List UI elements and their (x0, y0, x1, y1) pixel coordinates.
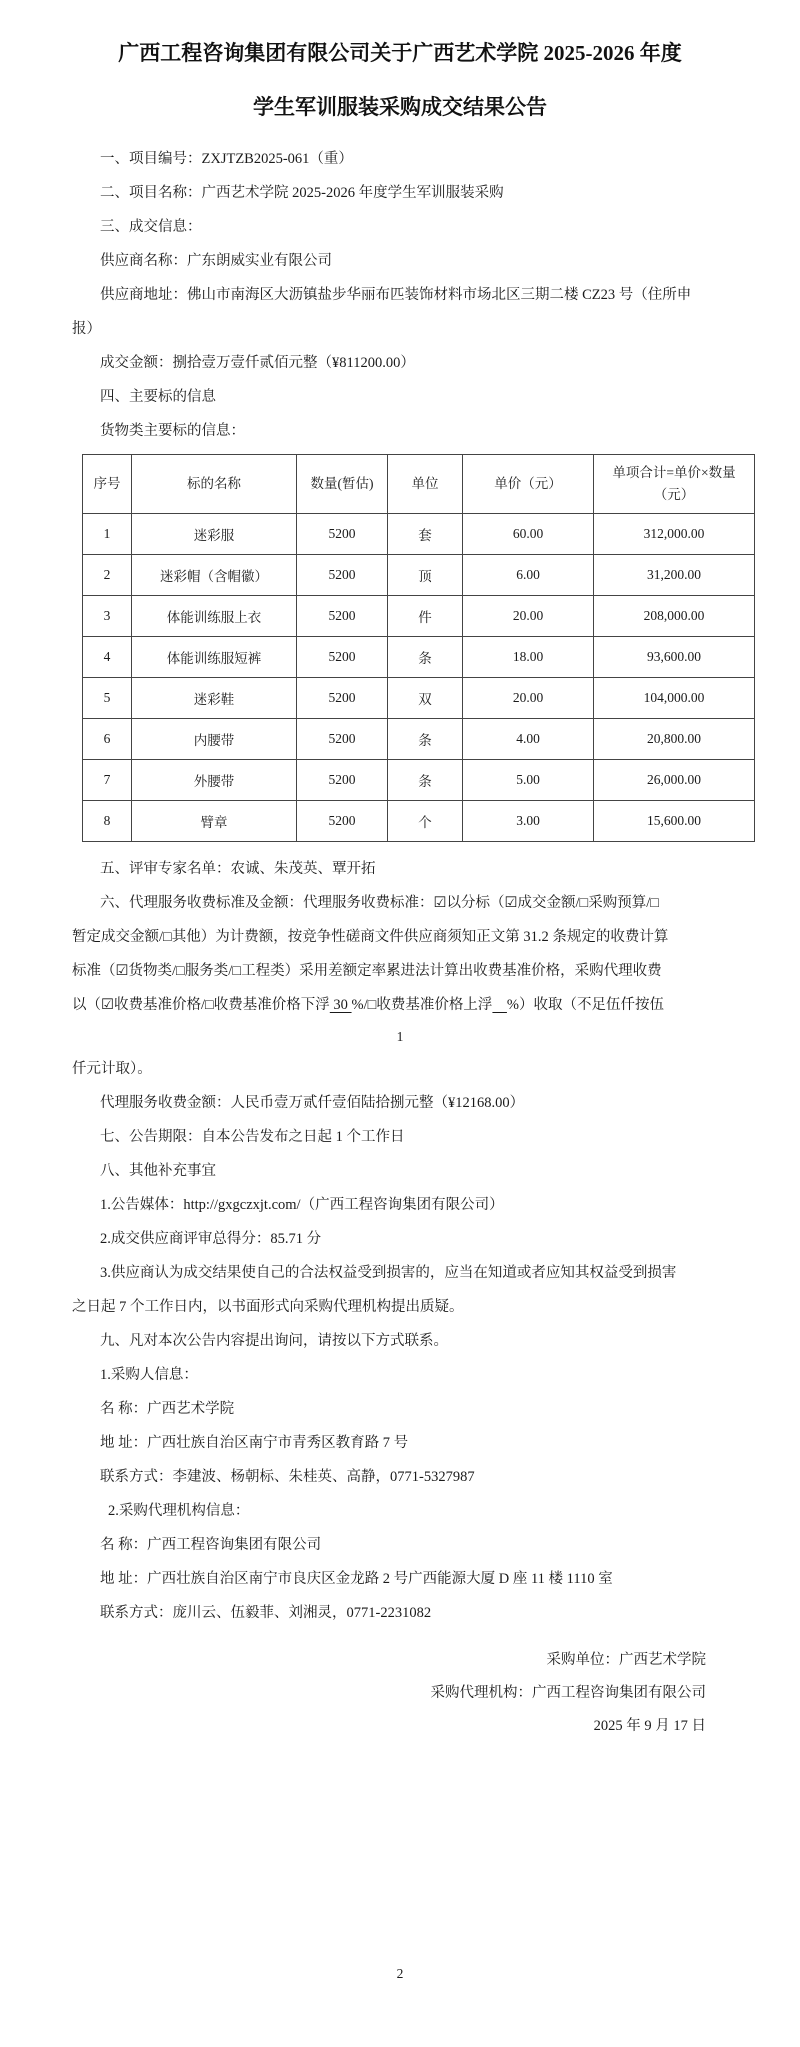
cell-no: 4 (83, 637, 132, 678)
footer-purchaser: 采购单位：广西艺术学院 (72, 1644, 706, 1677)
project-name: 二、项目名称：广西艺术学院 2025-2026 年度学生军训服装采购 (72, 176, 728, 210)
purchaser-address: 地 址：广西壮族自治区南宁市青秀区教育路 7 号 (72, 1426, 728, 1460)
cell-total: 312,000.00 (594, 514, 755, 555)
announcement-page: 广西工程咨询集团有限公司关于广西艺术学院 2025-2026 年度 学生军训服装… (0, 0, 800, 2047)
cell-total: 15,600.00 (594, 801, 755, 842)
header-price: 单价（元） (463, 455, 594, 514)
cell-no: 2 (83, 555, 132, 596)
cell-unit: 套 (388, 514, 463, 555)
fee-line-3: 标准（☑货物类/□服务类/□工程类）采用差额定率累进法计算出收费基准价格，采购代… (72, 954, 728, 988)
page-title: 广西工程咨询集团有限公司关于广西艺术学院 2025-2026 年度 学生军训服装… (72, 26, 728, 134)
title-line-1: 广西工程咨询集团有限公司关于广西艺术学院 2025-2026 年度 (72, 26, 728, 80)
cell-no: 5 (83, 678, 132, 719)
cell-no: 8 (83, 801, 132, 842)
cell-price: 6.00 (463, 555, 594, 596)
review-score: 2.成交供应商评审总得分：85.71 分 (72, 1222, 728, 1256)
contact-heading: 九、凡对本次公告内容提出询问，请按以下方式联系。 (72, 1324, 728, 1358)
cell-total: 26,000.00 (594, 760, 755, 801)
fee-line-2: 暂定成交金额/□其他）为计费额，按竞争性磋商文件供应商须知正文第 31.2 条规… (72, 920, 728, 954)
header-qty: 数量(暂估) (297, 455, 388, 514)
body-sections: 五、评审专家名单：农诚、朱茂英、覃开拓 六、代理服务收费标准及金额：代理服务收费… (72, 852, 728, 1630)
cell-total: 31,200.00 (594, 555, 755, 596)
cell-name: 体能训练服短裤 (132, 637, 297, 678)
table-row: 4 体能训练服短裤 5200 条 18.00 93,600.00 (83, 637, 755, 678)
purchaser-heading: 1.采购人信息： (72, 1358, 728, 1392)
project-number: 一、项目编号：ZXJTZB2025-061（重） (72, 142, 728, 176)
fee-line-4-text-c: %）收取（不足伍仟按伍 (507, 997, 664, 1013)
cell-qty: 5200 (297, 555, 388, 596)
cell-price: 5.00 (463, 760, 594, 801)
header-total: 单项合计=单价×数量 （元） (594, 455, 755, 514)
table-row: 3 体能训练服上衣 5200 件 20.00 208,000.00 (83, 596, 755, 637)
intro-section: 一、项目编号：ZXJTZB2025-061（重） 二、项目名称：广西艺术学院 2… (72, 142, 728, 448)
agency-name: 名 称：广西工程咨询集团有限公司 (72, 1528, 728, 1562)
cell-unit: 条 (388, 760, 463, 801)
cell-name: 迷彩服 (132, 514, 297, 555)
goods-table-header-row: 序号 标的名称 数量(暂估) 单位 单价（元） 单项合计=单价×数量 （元） (83, 455, 755, 514)
cell-name: 体能训练服上衣 (132, 596, 297, 637)
cell-unit: 双 (388, 678, 463, 719)
table-row: 1 迷彩服 5200 套 60.00 312,000.00 (83, 514, 755, 555)
cell-no: 7 (83, 760, 132, 801)
cell-unit: 件 (388, 596, 463, 637)
supplier-address-line2: 报） (72, 312, 728, 346)
cell-price: 3.00 (463, 801, 594, 842)
fee-line-4-text-b: %/□收费基准价格上浮 (352, 997, 493, 1013)
fee-line-4: 以（☑收费基准价格/□收费基准价格下浮 30 %/□收费基准价格上浮 %）收取（… (72, 988, 728, 1022)
agency-address: 地 址：广西壮族自治区南宁市良庆区金龙路 2 号广西能源大厦 D 座 11 楼 … (72, 1562, 728, 1596)
table-row: 7 外腰带 5200 条 5.00 26,000.00 (83, 760, 755, 801)
fee-discount-value: 30 (330, 997, 352, 1013)
cell-qty: 5200 (297, 637, 388, 678)
cell-unit: 条 (388, 637, 463, 678)
deal-amount: 成交金额：捌拾壹万壹仟贰佰元整（¥811200.00） (72, 346, 728, 380)
cell-unit: 条 (388, 719, 463, 760)
goods-table: 序号 标的名称 数量(暂估) 单位 单价（元） 单项合计=单价×数量 （元） 1… (82, 454, 755, 842)
cell-no: 1 (83, 514, 132, 555)
header-no: 序号 (83, 455, 132, 514)
cell-total: 104,000.00 (594, 678, 755, 719)
agency-contact: 联系方式：庞川云、伍毅菲、刘湘灵，0771-2231082 (72, 1596, 728, 1630)
cell-unit: 个 (388, 801, 463, 842)
header-total-line2: （元） (596, 484, 752, 506)
notice-period: 七、公告期限：自本公告发布之日起 1 个工作日 (72, 1120, 728, 1154)
cell-price: 18.00 (463, 637, 594, 678)
cell-no: 6 (83, 719, 132, 760)
purchaser-contact: 联系方式：李建波、杨朝标、朱桂英、高静，0771-5327987 (72, 1460, 728, 1494)
supplier-address-line1: 供应商地址：佛山市南海区大沥镇盐步华丽布匹装饰材料市场北区三期二楼 CZ23 号… (72, 278, 728, 312)
fee-amount: 代理服务收费金额：人民币壹万贰仟壹佰陆拾捌元整（¥12168.00） (72, 1086, 728, 1120)
cell-price: 20.00 (463, 678, 594, 719)
cell-no: 3 (83, 596, 132, 637)
cell-price: 4.00 (463, 719, 594, 760)
page-number-1: 1 (72, 1022, 728, 1052)
cell-total: 208,000.00 (594, 596, 755, 637)
cell-qty: 5200 (297, 760, 388, 801)
cell-qty: 5200 (297, 719, 388, 760)
footer-date: 2025 年 9 月 17 日 (72, 1710, 706, 1743)
fee-line-5: 仟元计取）。 (72, 1052, 728, 1086)
cell-name: 迷彩帽（含帽徽） (132, 555, 297, 596)
footer-agency: 采购代理机构：广西工程咨询集团有限公司 (72, 1677, 706, 1710)
main-subject-heading: 四、主要标的信息 (72, 380, 728, 414)
cell-name: 内腰带 (132, 719, 297, 760)
cell-qty: 5200 (297, 801, 388, 842)
table-row: 8 臂章 5200 个 3.00 15,600.00 (83, 801, 755, 842)
cell-unit: 顶 (388, 555, 463, 596)
cell-qty: 5200 (297, 678, 388, 719)
cell-total: 93,600.00 (594, 637, 755, 678)
header-total-line1: 单项合计=单价×数量 (596, 462, 752, 484)
page-number-2: 2 (0, 1966, 800, 1982)
cell-qty: 5200 (297, 514, 388, 555)
table-row: 6 内腰带 5200 条 4.00 20,800.00 (83, 719, 755, 760)
table-row: 2 迷彩帽（含帽徽） 5200 顶 6.00 31,200.00 (83, 555, 755, 596)
header-unit: 单位 (388, 455, 463, 514)
cell-qty: 5200 (297, 596, 388, 637)
header-name: 标的名称 (132, 455, 297, 514)
announcement-media: 1.公告媒体：http://gxgczxjt.com/（广西工程咨询集团有限公司… (72, 1188, 728, 1222)
cell-name: 迷彩鞋 (132, 678, 297, 719)
supplier-name: 供应商名称：广东朗威实业有限公司 (72, 244, 728, 278)
deal-info-heading: 三、成交信息： (72, 210, 728, 244)
dispute-line-2: 之日起 7 个工作日内，以书面形式向采购代理机构提出质疑。 (72, 1290, 728, 1324)
goods-heading: 货物类主要标的信息： (72, 414, 728, 448)
table-row: 5 迷彩鞋 5200 双 20.00 104,000.00 (83, 678, 755, 719)
purchaser-name: 名 称：广西艺术学院 (72, 1392, 728, 1426)
title-line-2: 学生军训服装采购成交结果公告 (72, 80, 728, 134)
experts-list: 五、评审专家名单：农诚、朱茂英、覃开拓 (72, 852, 728, 886)
cell-total: 20,800.00 (594, 719, 755, 760)
cell-price: 20.00 (463, 596, 594, 637)
other-heading: 八、其他补充事宜 (72, 1154, 728, 1188)
cell-name: 外腰带 (132, 760, 297, 801)
fee-markup-blank (492, 997, 507, 1013)
cell-price: 60.00 (463, 514, 594, 555)
signature-block: 采购单位：广西艺术学院 采购代理机构：广西工程咨询集团有限公司 2025 年 9… (72, 1644, 728, 1743)
fee-line-1: 六、代理服务收费标准及金额：代理服务收费标准：☑以分标（☑成交金额/□采购预算/… (72, 886, 728, 920)
fee-line-4-text-a: 以（☑收费基准价格/□收费基准价格下浮 (72, 997, 330, 1013)
cell-name: 臂章 (132, 801, 297, 842)
dispute-line-1: 3.供应商认为成交结果使自己的合法权益受到损害的，应当在知道或者应知其权益受到损… (72, 1256, 728, 1290)
agency-heading: 2.采购代理机构信息： (72, 1494, 728, 1528)
